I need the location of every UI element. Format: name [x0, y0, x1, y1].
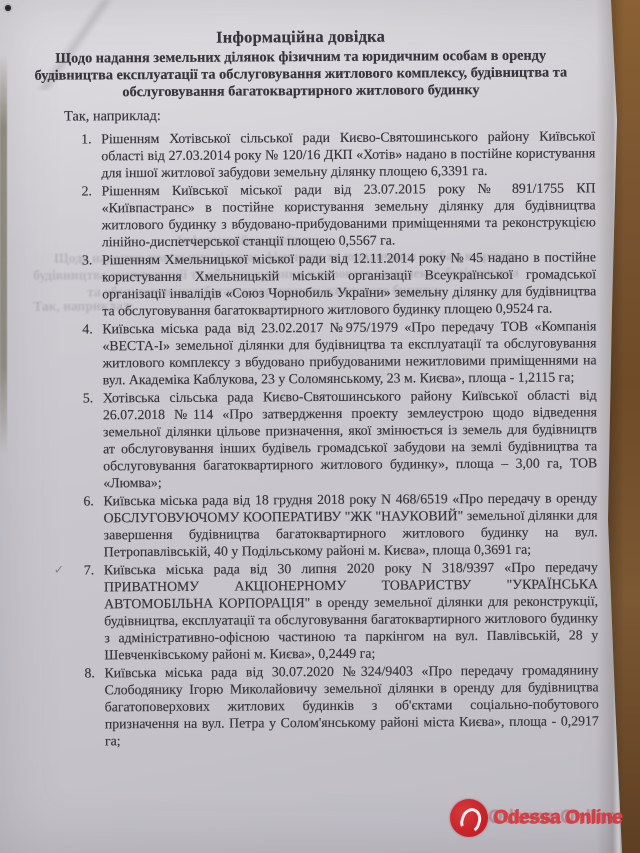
item-number: 8.	[84, 664, 94, 681]
list-item: 8.Київська міська рада від 30.07.2020 №3…	[104, 661, 599, 749]
item-number: 6.	[83, 492, 93, 509]
item-text: Рішенням Хмельницької міської ради від 1…	[102, 249, 596, 318]
document-title: Інформаційна довідка	[0, 25, 604, 49]
item-text: Київська міська рада від 18 грудня 2018 …	[103, 490, 597, 559]
item-text: Рішенням Хотівської сільської ради Києво…	[101, 128, 595, 180]
intro-text: Так, наприклад:	[64, 108, 161, 126]
item-text: Рішенням Київської міської ради від 23.0…	[102, 180, 596, 249]
document-header: Інформаційна довідка Щодо надання земель…	[0, 25, 604, 102]
items-list: 1.Рішенням Хотівської сільської ради Киє…	[101, 127, 599, 750]
item-text: Київська міська рада від 30.07.2020 №324…	[104, 662, 598, 748]
list-item: ✓7.Київська міська рада від 30 липня 202…	[104, 558, 599, 663]
list-item: 2.Рішенням Київської міської ради від 23…	[102, 179, 596, 250]
item-number: 4.	[82, 320, 92, 337]
odessa-online-watermark: Odessa Online	[450, 799, 623, 837]
list-item: 1.Рішенням Хотівської сільської ради Киє…	[101, 127, 595, 181]
scanned-document: Інформаційна довідка Щодо надання земель…	[0, 0, 640, 853]
item-text: Київська міська рада від 30 липня 2020 р…	[104, 559, 598, 662]
item-number: 5.	[83, 389, 93, 406]
odessa-online-logo-icon	[450, 799, 488, 837]
check-mark: ✓	[54, 562, 64, 579]
item-number: 3.	[82, 251, 92, 268]
list-item: 3.Рішенням Хмельницької міської ради від…	[102, 248, 596, 319]
odessa-online-watermark-text: Odessa Online	[494, 807, 623, 829]
item-text: Хотівська сільська рада Києво-Святошинсь…	[103, 387, 597, 490]
list-item: 5.Хотівська сільська рада Києво-Святошин…	[103, 386, 598, 491]
item-text: Київська міська рада від 23.02.2017 №975…	[102, 318, 596, 387]
item-number: 7.	[84, 561, 94, 578]
item-number: 1.	[81, 130, 91, 147]
list-item: 6.Київська міська рада від 18 грудня 201…	[103, 489, 597, 560]
list-item: 4.Київська міська рада від 23.02.2017 №9…	[102, 317, 596, 388]
document-subtitle: Щодо надання земельних ділянок фізичним …	[25, 47, 577, 101]
item-number: 2.	[82, 182, 92, 199]
